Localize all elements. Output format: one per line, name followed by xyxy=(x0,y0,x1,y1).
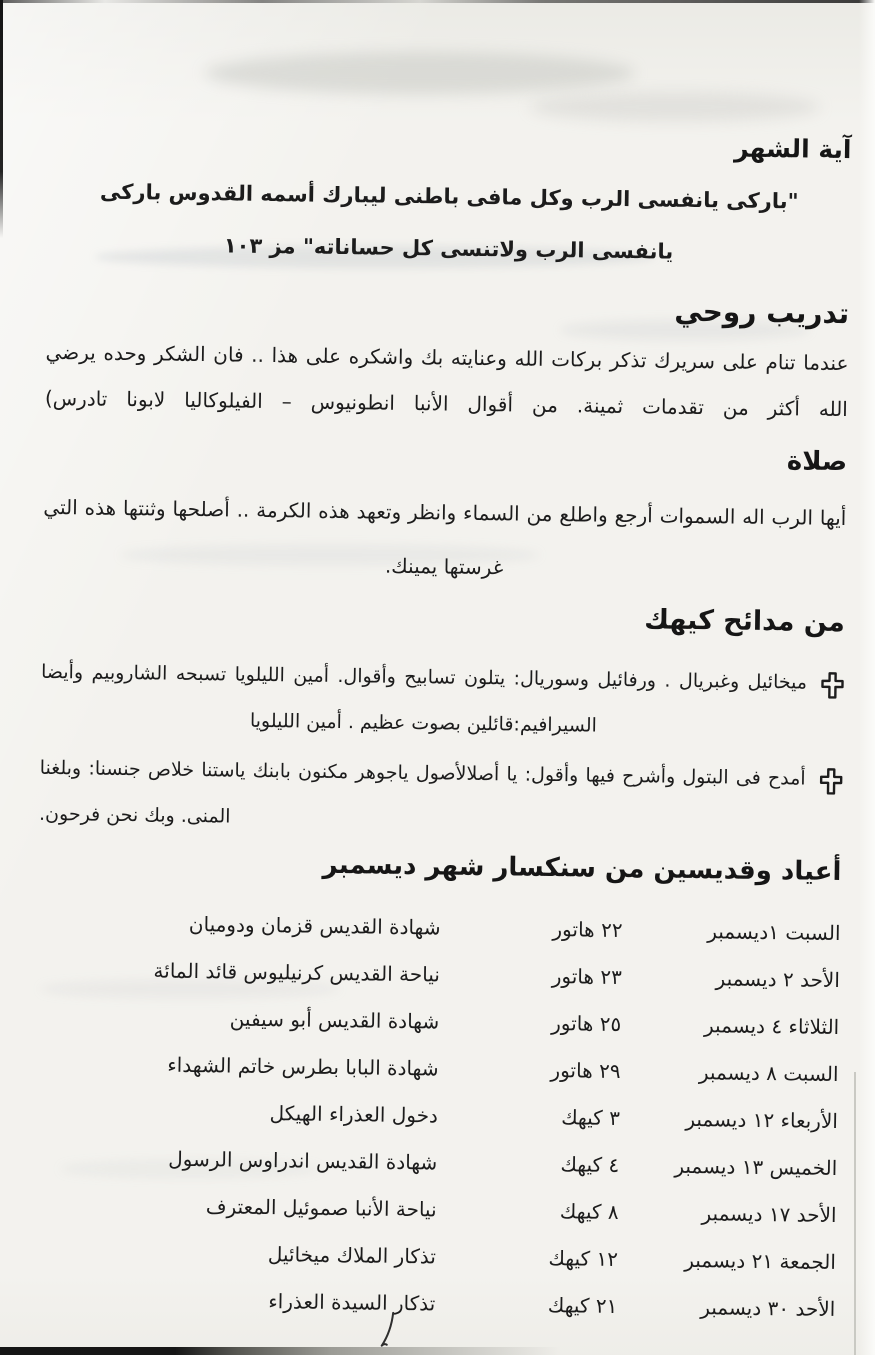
verse-text: "باركى يانفسى الرب وكل مافى باطنى ليبارك… xyxy=(47,165,851,280)
coptic-cross-icon xyxy=(821,672,844,703)
coptic-date: ٢٩ هاتور xyxy=(550,1058,620,1083)
synaxarium-table: السبت ١ديسمبر ٢٢ هاتور شهادة القديس قزما… xyxy=(32,898,841,1332)
praise-item: أمدح فى البتول وأشرح فيها وأقول: يا أصلا… xyxy=(39,745,843,848)
date-cell: الخميس ١٣ ديسمبر ٤ كيهك xyxy=(437,1150,837,1180)
gregorian-date: الأحد ١٧ ديسمبر xyxy=(624,1200,836,1227)
synaxarium-title: أعياد وقديسين من سنكسار شهر ديسمبر xyxy=(38,846,841,887)
praise-item: ميخائيل وغبريال . ورفائيل وسوريال: يتلون… xyxy=(40,649,844,752)
praise-text: أمدح فى البتول وأشرح فيها وأقول: يا أصلا… xyxy=(39,745,806,848)
synaxarium-row: الأحد ٣٠ ديسمبر ٢١ كيهك تذكار السيدة الع… xyxy=(32,1274,836,1332)
coptic-date: ٨ كيهك xyxy=(560,1199,619,1224)
gregorian-date: السبت ١ديسمبر xyxy=(628,918,840,945)
handwritten-pen-mark xyxy=(378,1311,401,1353)
coptic-date: ٢١ كيهك xyxy=(548,1292,618,1317)
date-cell: الأحد ١٧ ديسمبر ٨ كيهك xyxy=(436,1197,836,1227)
feast-name: شهادة القديس قزمان ودوميان xyxy=(37,909,440,939)
praise-text: ميخائيل وغبريال . ورفائيل وسوريال: يتلون… xyxy=(40,649,807,752)
spiritual-training-text: عندما تنام على سريرك تذكر بركات الله وعن… xyxy=(45,329,849,432)
section-kiahk-praises: من مدائح كيهك ميخائيل وغبريال . ورفائيل … xyxy=(39,596,845,852)
feast-name: نياحة القديس كرنيليوس قائد المائة xyxy=(37,956,440,986)
date-cell: السبت ١ديسمبر ٢٢ هاتور xyxy=(440,915,840,945)
coptic-cross-icon xyxy=(819,768,842,799)
date-cell: الأربعاء ١٢ ديسمبر ٣ كيهك xyxy=(438,1103,838,1133)
section-verse-of-month: آية الشهر "باركى يانفسى الرب وكل مافى با… xyxy=(47,124,852,280)
coptic-date: ٢٥ هاتور xyxy=(551,1011,621,1036)
feast-name: شهادة القديس اندراوس الرسول xyxy=(34,1144,437,1174)
scanned-document-page: آية الشهر "باركى يانفسى الرب وكل مافى با… xyxy=(0,0,875,1355)
gregorian-date: الخميس ١٣ ديسمبر xyxy=(625,1153,837,1180)
gregorian-date: السبت ٨ ديسمبر xyxy=(626,1059,838,1086)
kiahk-praises-title: من مدائح كيهك xyxy=(42,596,845,638)
gregorian-date: الجمعة ٢١ ديسمبر xyxy=(624,1247,836,1274)
section-synaxarium: أعياد وقديسين من سنكسار شهر ديسمبر السبت… xyxy=(32,846,842,1332)
coptic-date: ١٢ كيهك xyxy=(548,1246,618,1271)
date-cell: الأحد ٢ ديسمبر ٢٣ هاتور xyxy=(440,962,840,992)
feast-name: شهادة البابا بطرس خاتم الشهداء xyxy=(35,1050,438,1080)
coptic-date: ٢٢ هاتور xyxy=(552,917,622,942)
coptic-date: ٢٣ هاتور xyxy=(552,964,622,989)
gregorian-date: الأحد ٢ ديسمبر xyxy=(628,965,840,992)
date-cell: الأحد ٣٠ ديسمبر ٢١ كيهك xyxy=(435,1291,835,1321)
feast-name: تذكار السيدة العذراء xyxy=(32,1285,435,1315)
date-cell: الجمعة ٢١ ديسمبر ١٢ كيهك xyxy=(436,1244,836,1274)
date-cell: السبت ٨ ديسمبر ٢٩ هاتور xyxy=(438,1056,838,1086)
coptic-date: ٤ كيهك xyxy=(560,1152,619,1177)
feast-name: تذكار الملاك ميخائيل xyxy=(33,1238,436,1268)
gregorian-date: الأحد ٣٠ ديسمبر xyxy=(623,1294,835,1321)
date-cell: الثلاثاء ٤ ديسمبر ٢٥ هاتور xyxy=(439,1009,839,1039)
coptic-date: ٣ كيهك xyxy=(561,1105,620,1130)
section-prayer: صلاة أيها الرب اله السموات أرجع واطلع من… xyxy=(42,436,847,599)
prayer-title: صلاة xyxy=(44,436,847,477)
gregorian-date: الأربعاء ١٢ ديسمبر xyxy=(626,1106,838,1133)
feast-name: شهادة القديس أبو سيفين xyxy=(36,1003,439,1033)
kiahk-praises-list: ميخائيل وغبريال . ورفائيل وسوريال: يتلون… xyxy=(39,649,845,848)
spiritual-training-title: تدريب روحي xyxy=(46,286,849,330)
section-spiritual-training: تدريب روحي عندما تنام على سريرك تذكر برك… xyxy=(45,286,850,432)
feast-name: دخول العذراء الهيكل xyxy=(35,1097,438,1127)
verse-of-month-title: آية الشهر xyxy=(48,124,851,164)
feast-name: نياحة الأنبا صموئيل المعترف xyxy=(34,1191,437,1221)
gregorian-date: الثلاثاء ٤ ديسمبر xyxy=(627,1012,839,1039)
page-content: آية الشهر "باركى يانفسى الرب وكل مافى با… xyxy=(0,0,875,1355)
prayer-text: أيها الرب اله السموات أرجع واطلع من السم… xyxy=(42,480,846,599)
scan-edge-left xyxy=(0,0,3,238)
